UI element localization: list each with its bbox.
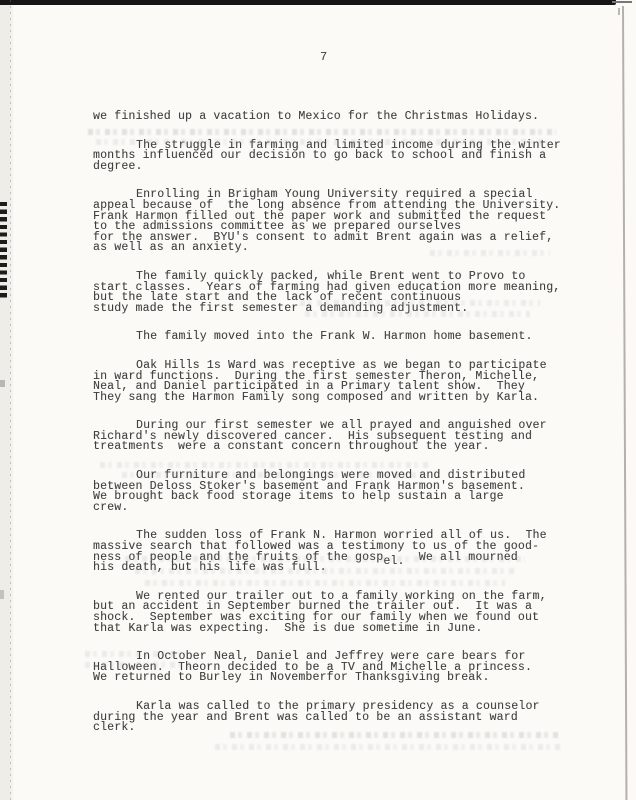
paragraph: During our first semester we all prayed … (93, 421, 579, 453)
page-right-edge (622, 6, 627, 800)
text-line: treatments were a constant concern throu… (93, 442, 579, 453)
scan-edge-top-bar-tail (612, 1, 632, 3)
scanned-page: 7 we finished up a vacation to Mexico fo… (0, 0, 636, 800)
paragraph: We rented our trailer out to a family wo… (93, 592, 579, 634)
text-line: degree. (93, 162, 579, 173)
paragraph: we finished up a vacation to Mexico for … (93, 112, 579, 123)
bleed-through-artifact (125, 556, 525, 562)
text-line: The family moved into the Frank W. Harmo… (93, 332, 579, 343)
bleed-through-artifact (85, 651, 180, 657)
bleed-through-artifact (100, 462, 430, 468)
text-line: They sang the Harmon Family song compose… (93, 393, 579, 404)
bleed-through-artifact (300, 300, 540, 306)
bleed-through-artifact (88, 129, 556, 135)
bleed-through-artifact (230, 732, 560, 738)
paragraph: Oak Hills 1s Ward was receptive as we be… (93, 361, 579, 403)
bleed-through-artifact (305, 311, 530, 317)
paragraph: Enrolling in Brigham Young University re… (93, 190, 579, 254)
paragraph: Karla was called to the primary presiden… (93, 702, 579, 734)
paragraph: The family moved into the Frank W. Harmo… (93, 332, 579, 343)
scan-edge-top-bar (0, 0, 616, 5)
document-text: we finished up a vacation to Mexico for … (93, 112, 579, 734)
bleed-through-artifact (85, 662, 190, 668)
bleed-through-artifact (145, 580, 505, 586)
text-line: months influenced our decision to go bac… (93, 151, 579, 162)
bleed-through-artifact (215, 744, 560, 750)
paragraph: The struggle in farming and limited inco… (93, 141, 579, 173)
bleed-through-artifact (122, 472, 422, 478)
text-line: during the year and Brent was called to … (93, 713, 579, 724)
scan-artifact-mark (618, 8, 620, 15)
bleed-through-artifact (135, 568, 515, 574)
page-number: 7 (320, 50, 327, 64)
bleed-through-artifact (96, 139, 548, 145)
text-line: that Karla was expecting. She is due som… (93, 624, 579, 635)
text-line: We brought back food storage items to he… (93, 492, 579, 503)
binding-marks (0, 202, 7, 301)
text-line: crew. (93, 503, 579, 514)
scan-artifact-mark (0, 590, 4, 599)
text-line: We returned to Burley in Novemberfor Tha… (93, 673, 579, 684)
scan-artifact-mark (0, 380, 5, 387)
paragraph: The family quickly packed, while Brent w… (93, 272, 579, 314)
text-line: we finished up a vacation to Mexico for … (93, 112, 579, 123)
perforation-dotted-line (10, 0, 11, 800)
bleed-through-artifact (430, 250, 550, 256)
